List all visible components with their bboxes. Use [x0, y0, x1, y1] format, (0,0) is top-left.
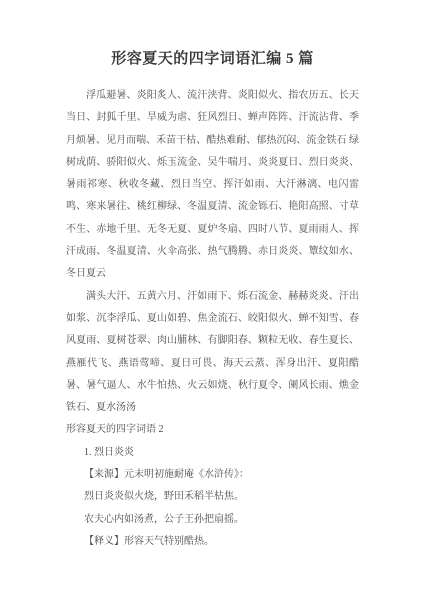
- definition-line: 【释义】形容天气特别酷热。: [66, 531, 359, 553]
- document-title: 形容夏天的四字词语汇编 5 篇: [66, 46, 359, 72]
- document-page: 形容夏天的四字词语汇编 5 篇 浮瓜避暑、炎阳炙人、流汗浃背、炎阳似火、指农历五…: [0, 0, 424, 600]
- idiom-list-paragraph-2: 满头大汗、五黄六月、汗如雨下、烁石流金、赫赫炎炎、汗出如浆、沉李浮瓜、夏山如碧、…: [66, 286, 359, 420]
- verse-line-1: 烈日炎炎似火烧，野田禾稻半枯焦。: [66, 486, 359, 508]
- idiom-list-paragraph-1: 浮瓜避暑、炎阳炙人、流汗浃背、炎阳似火、指农历五、长天当日、封狐千里、旱威为虐、…: [66, 85, 359, 286]
- numbered-item: 1. 烈日炎炎: [66, 442, 359, 464]
- source-line: 【来源】元末明初施耐庵《水浒传》：: [66, 464, 359, 486]
- verse-line-2: 农夫心内如汤煮，公子王孙把扇摇。: [66, 509, 359, 531]
- section-heading: 形容夏天的四字词语 2: [66, 419, 359, 441]
